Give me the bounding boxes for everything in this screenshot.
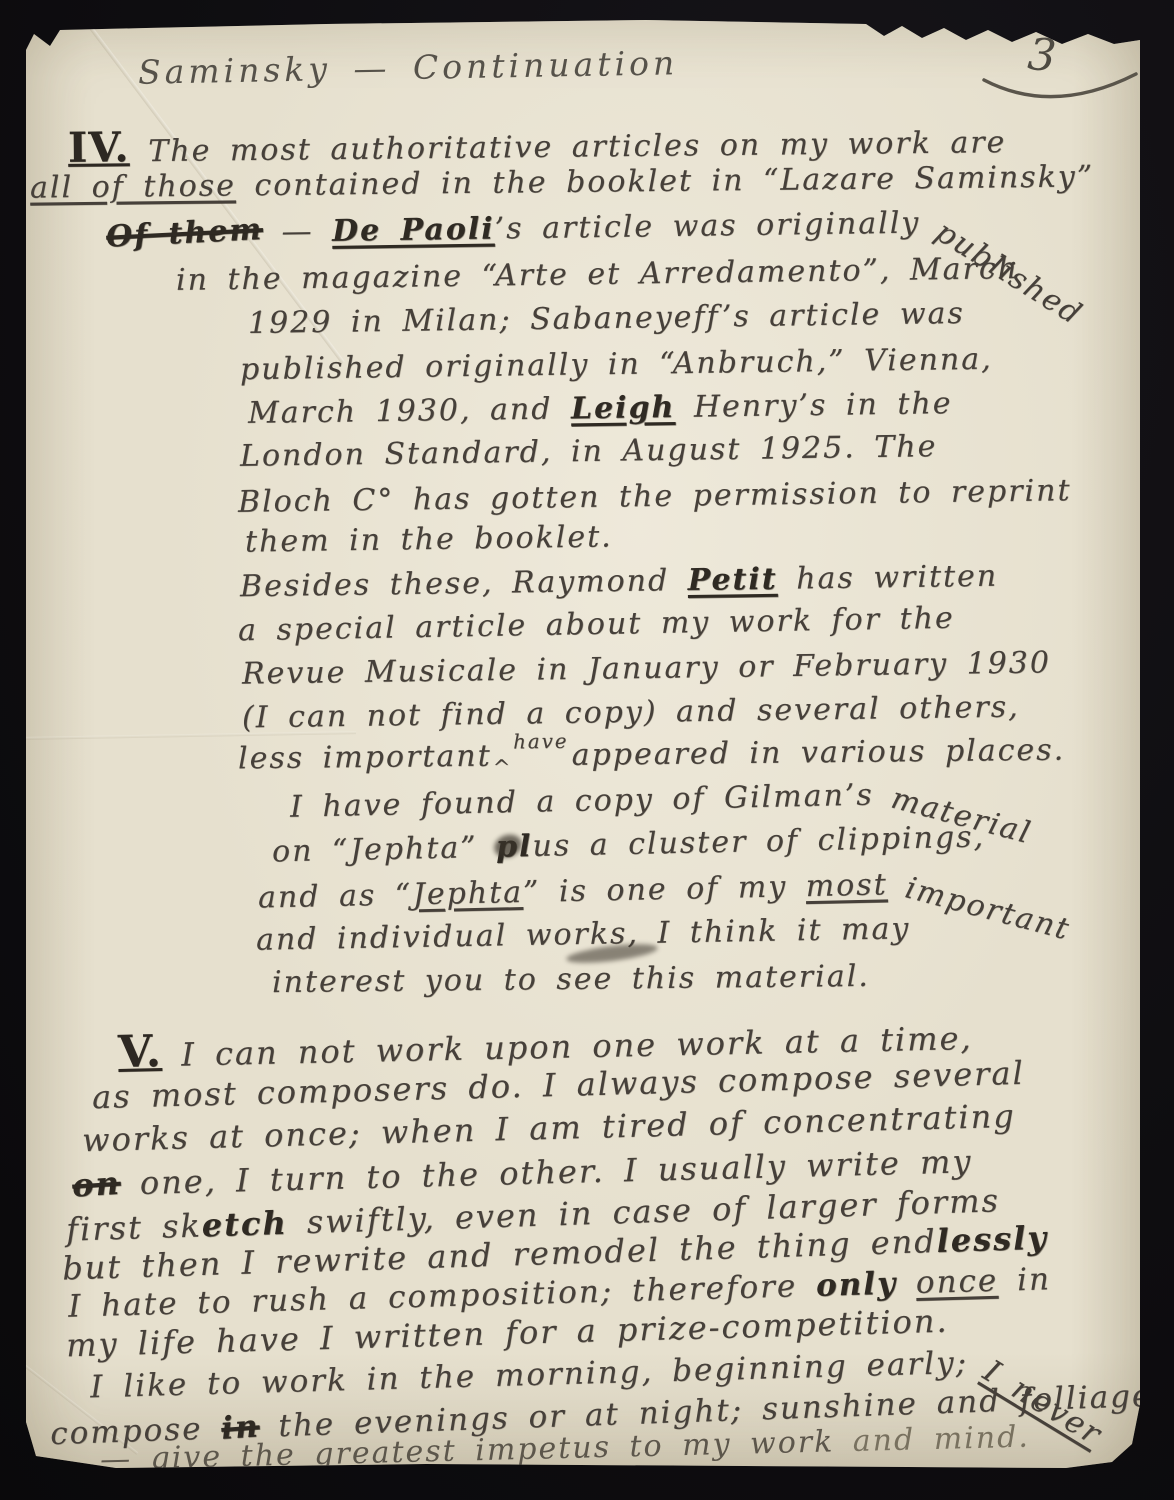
handwriting-text: has written: [777, 559, 998, 597]
handwriting-text: Revue Musicale in January or February 19…: [242, 645, 1051, 691]
handwriting-text: published originally in “Anbruch,” Vienn…: [240, 342, 993, 388]
handwriting-text: Bloch C° has gotten the permission to re…: [238, 473, 1072, 520]
handwriting-text: them in the booklet.: [245, 519, 613, 559]
manuscript-line: I have found a copy of Gilman’s material: [290, 775, 1036, 824]
handwriting-text: Leigh: [571, 390, 676, 426]
handwriting-text: I have found a copy of Gilman’s: [290, 777, 893, 825]
handwriting-text: Jephta: [412, 875, 523, 912]
handwriting-text: have: [513, 731, 569, 753]
handwriting-text: ’s article was originally: [494, 205, 939, 246]
handwriting-text: all of those: [30, 168, 236, 205]
handwriting-text: De Paoli: [332, 212, 495, 249]
handwriting-text: in: [998, 1261, 1052, 1298]
manuscript-line: Of them — De Paoli’s article was origina…: [106, 204, 1106, 251]
handwriting-text: important: [902, 872, 1074, 947]
handwriting-text: Petit: [687, 562, 777, 598]
handwriting-text: on: [71, 1166, 122, 1204]
manuscript-line: (I can not find a copy) and several othe…: [242, 691, 1020, 735]
handwriting-text: interest you to see this material.: [272, 959, 870, 1000]
handwriting-text: in the magazine “Arte et Arredamento”, M…: [176, 251, 1019, 298]
handwriting-text: appeared in various places.: [572, 733, 1066, 773]
manuscript-line: and as “Jephta” is one of my most import…: [258, 864, 1076, 914]
handwriting-text: [897, 1265, 917, 1302]
handwriting-text: lessly: [936, 1219, 1048, 1260]
handwriting-text: pl: [496, 829, 533, 865]
manuscript-line: less important^haveappeared in various p…: [238, 734, 1065, 776]
manuscript-line: and individual works, I think it may: [256, 912, 911, 956]
handwriting-text: —: [263, 214, 333, 250]
handwriting-text: Besides these, Raymond: [240, 563, 688, 604]
handwriting-text: once: [915, 1263, 998, 1301]
handwriting-text: V.: [118, 1026, 163, 1078]
manuscript-line: Bloch C° has gotten the permission to re…: [238, 474, 1072, 519]
manuscript-line: Revue Musicale in January or February 19…: [242, 646, 1051, 690]
photo-background: { "page": { "background_color": "#0e0d10…: [0, 0, 1174, 1500]
handwritten-text-block: IV. The most authoritative articles on m…: [26, 20, 1140, 1468]
manuscript-line: a special article about my work for the: [238, 602, 955, 648]
handwriting-text: IV.: [68, 122, 130, 172]
handwriting-text: a special article about my work for the: [238, 601, 955, 649]
handwriting-text: etch: [201, 1204, 288, 1245]
manuscript-line: London Standard, in August 1925. The: [240, 430, 938, 473]
manuscript-page: Saminsky — Continuation 3 IV. The most a…: [26, 20, 1140, 1468]
handwriting-text: (I can not find a copy) and several othe…: [242, 690, 1020, 736]
handwriting-text: us a cluster of clippings,: [532, 820, 985, 864]
handwriting-text: most: [805, 867, 888, 904]
handwriting-text: ” is one of my: [523, 869, 806, 910]
handwriting-text: ^: [493, 756, 513, 779]
manuscript-line: interest you to see this material.: [272, 960, 870, 999]
handwriting-text: less important: [238, 739, 492, 777]
handwriting-text: March 1930, and: [248, 391, 571, 431]
manuscript-line: 1929 in Milan; Sabaneyeff’s article was: [248, 297, 965, 340]
handwriting-text: and as “: [258, 877, 413, 915]
manuscript-line: on “Jephta” plus a cluster of clippings,: [272, 821, 986, 869]
manuscript-line: published originally in “Anbruch,” Vienn…: [240, 343, 993, 387]
handwriting-text: and individual works, I think it may: [256, 911, 911, 957]
manuscript-line: March 1930, and Leigh Henry’s in the: [248, 387, 953, 430]
handwriting-text: Henry’s in the: [675, 386, 953, 425]
handwriting-text: only: [816, 1266, 898, 1304]
handwriting-text: 1929 in Milan; Sabaneyeff’s article was: [248, 296, 965, 341]
handwriting-text: Of them: [105, 213, 263, 254]
manuscript-line: Besides these, Raymond Petit has written: [240, 560, 999, 604]
manuscript-line: in the magazine “Arte et Arredamento”, M…: [176, 252, 1019, 297]
handwriting-text: London Standard, in August 1925. The: [240, 429, 938, 474]
handwriting-text: first sk: [66, 1206, 203, 1248]
handwriting-text: on “Jephta”: [272, 830, 497, 870]
manuscript-line: them in the booklet.: [245, 520, 613, 558]
handwriting-text: and mind.: [834, 1420, 1030, 1460]
